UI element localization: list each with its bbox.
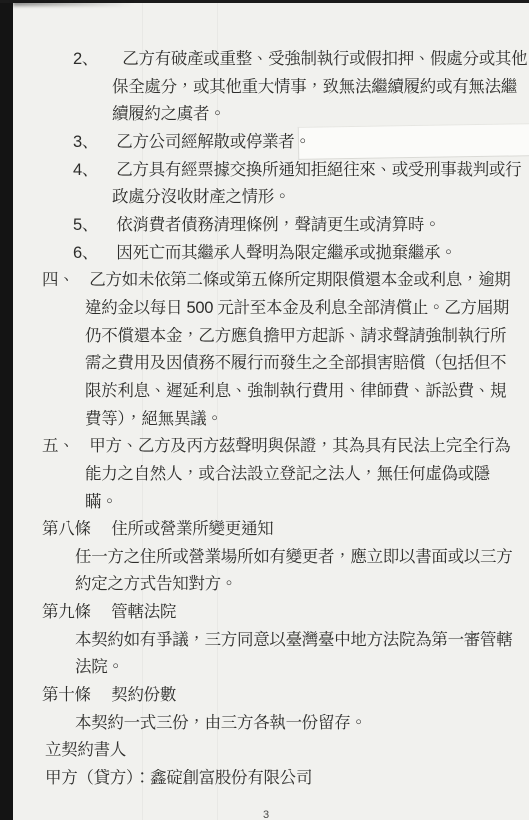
contract-text-block: 2、 乙方有破產或重整、受強制執行或假扣押、假處分或其他 保全處分，或其他重大情…	[13, 0, 529, 793]
list-marker: 3、	[73, 129, 112, 157]
line-text: 保全處分，或其他重大情事，致無法繼續履約或有無法繼	[112, 78, 517, 96]
list-marker: 第九條	[42, 599, 107, 627]
contract-line: 本契約一式三份，由三方各執一份留存。	[13, 710, 529, 738]
line-text: 因死亡而其繼承人聲明為限定繼承或拋棄繼承。	[116, 244, 456, 262]
list-marker: 6、	[73, 240, 112, 268]
contract-line: 4、 乙方具有經票據交換所通知拒絕往來、或受刑事裁判或行	[13, 157, 529, 185]
contract-line: 費等），絕無異議。	[13, 406, 529, 434]
line-text: 乙方公司經解散或停業者。	[116, 133, 310, 151]
contract-line: 保全處分，或其他重大情事，致無法繼續履約或有無法繼	[13, 74, 529, 102]
line-text: 法院。	[75, 658, 124, 676]
contract-line: 第八條 住所或營業所變更通知	[13, 516, 529, 544]
page-number-partial: 3	[263, 809, 277, 818]
contract-line: 5、 依消費者債務清理條例，聲請更生或清算時。	[13, 212, 529, 240]
contract-line: 需之費用及因債務不履行而發生之全部損害賠償（包括但不	[13, 350, 529, 378]
list-marker: 第十條	[42, 682, 107, 710]
line-text: 續履約之虞者。	[112, 105, 225, 123]
list-marker: 第八條	[42, 516, 107, 544]
line-text: 政處分沒收財產之情形。	[112, 188, 290, 206]
contract-line: 限於利息、遲延利息、強制執行費用、律師費、訴訟費、規	[13, 378, 529, 406]
line-text: 限於利息、遲延利息、強制執行費用、律師費、訴訟費、規	[85, 382, 506, 400]
line-text: 本契約如有爭議，三方同意以臺灣臺中地方法院為第一審管轄	[75, 631, 512, 649]
contract-line: 四、 乙方如未依第二條或第五條所定期限償還本金或利息，逾期	[13, 267, 529, 295]
line-text: 仍不償還本金，乙方應負擔甲方起訴、請求聲請強制執行所	[85, 327, 506, 345]
contract-line: 瞞。	[13, 489, 529, 517]
line-text: 甲方（貸方）：鑫碇創富股份有限公司	[45, 769, 312, 787]
contract-line: 法院。	[13, 654, 529, 682]
line-text: 乙方具有經票據交換所通知拒絕往來、或受刑事裁判或行	[116, 161, 521, 179]
line-text: 乙方有破產或重整、受強制執行或假扣押、假處分或其他	[122, 50, 527, 68]
list-marker: 2、	[73, 46, 118, 74]
contract-line: 2、 乙方有破產或重整、受強制執行或假扣押、假處分或其他	[13, 46, 529, 74]
line-text: 乙方如未依第二條或第五條所定期限償還本金或利息，逾期	[89, 271, 510, 289]
line-text: 管轄法院	[111, 603, 176, 621]
list-marker: 四、	[42, 267, 85, 295]
contract-line: 甲方（貸方）：鑫碇創富股份有限公司	[13, 765, 529, 793]
contract-line: 第九條 管轄法院	[13, 599, 529, 627]
list-marker: 5、	[73, 212, 112, 240]
scanned-document-page: 2、 乙方有破產或重整、受強制執行或假扣押、假處分或其他 保全處分，或其他重大情…	[0, 0, 529, 820]
list-marker: 五、	[42, 433, 85, 461]
contract-line: 本契約如有爭議，三方同意以臺灣臺中地方法院為第一審管轄	[13, 627, 529, 655]
contract-line: 政處分沒收財產之情形。	[13, 184, 529, 212]
contract-line: 立契約書人	[13, 737, 529, 765]
line-text: 甲方、乙方及丙方茲聲明與保證，其為具有民法上完全行為	[89, 437, 510, 455]
contract-line: 五、 甲方、乙方及丙方茲聲明與保證，其為具有民法上完全行為	[13, 433, 529, 461]
line-text: 能力之自然人，或合法設立登記之法人，無任何虛偽或隱	[85, 465, 490, 483]
line-text: 依消費者債務清理條例，聲請更生或清算時。	[116, 216, 440, 234]
list-marker: 4、	[73, 157, 112, 185]
scan-edge-left	[0, 0, 13, 820]
contract-line: 第十條 契約份數	[13, 682, 529, 710]
line-text: 費等），絕無異議。	[85, 410, 223, 428]
line-text: 任一方之住所或營業場所如有變更者，應立即以書面或以三方	[75, 548, 512, 566]
contract-line: 違約金以每日 500 元計至本金及利息全部清償止。乙方屆期	[13, 295, 529, 323]
contract-line: 3、 乙方公司經解散或停業者。	[13, 129, 529, 157]
contract-line: 約定之方式告知對方。	[13, 571, 529, 599]
line-text: 契約份數	[111, 686, 176, 704]
contract-line: 能力之自然人，或合法設立登記之法人，無任何虛偽或隱	[13, 461, 529, 489]
line-text: 立契約書人	[45, 741, 126, 759]
line-text: 需之費用及因債務不履行而發生之全部損害賠償（包括但不	[85, 354, 506, 372]
line-text: 本契約一式三份，由三方各執一份留存。	[75, 714, 367, 732]
contract-line: 6、 因死亡而其繼承人聲明為限定繼承或拋棄繼承。	[13, 240, 529, 268]
line-text: 住所或營業所變更通知	[111, 520, 273, 538]
contract-line: 任一方之住所或營業場所如有變更者，應立即以書面或以三方	[13, 544, 529, 572]
contract-line: 仍不償還本金，乙方應負擔甲方起訴、請求聲請強制執行所	[13, 323, 529, 351]
line-text: 約定之方式告知對方。	[75, 575, 237, 593]
contract-line: 續履約之虞者。	[13, 101, 529, 129]
line-text: 瞞。	[85, 493, 117, 511]
scan-corner-shadow	[13, 0, 133, 6]
line-text: 違約金以每日 500 元計至本金及利息全部清償止。乙方屆期	[85, 299, 509, 317]
